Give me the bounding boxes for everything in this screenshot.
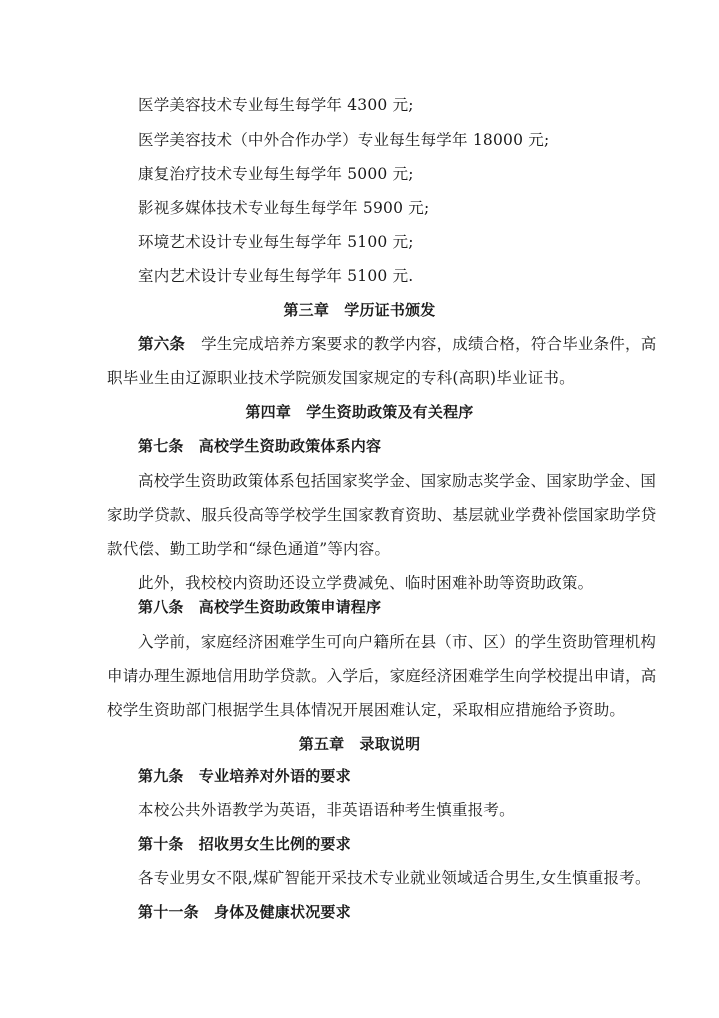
- article-10-text: 各专业男女不限,煤矿智能开采技术专业就业领域适合男生,女生慎重报考。: [138, 868, 651, 888]
- fee-item: 医学美容技术（中外合作办学）专业每生每学年 18000 元;: [138, 130, 549, 150]
- article-6-text: 学生完成培养方案要求的教学内容，成绩合格，符合毕业条件，高: [201, 335, 656, 353]
- article-6-line-1: 第六条学生完成培养方案要求的教学内容，成绩合格，符合毕业条件，高: [138, 334, 656, 354]
- article-6-label: 第六条: [138, 335, 185, 353]
- article-8-para-line: 申请办理生源地信用助学贷款。入学后，家庭经济困难学生向学校提出申请，高: [107, 666, 657, 686]
- article-7-heading: 第七条 高校学生资助政策体系内容: [138, 436, 381, 456]
- article-10-heading: 第十条 招收男女生比例的要求: [138, 834, 351, 854]
- fee-item: 室内艺术设计专业每生每学年 5100 元.: [138, 266, 413, 286]
- article-8-para-line: 入学前，家庭经济困难学生可向户籍所在县（市、区）的学生资助管理机构: [138, 632, 656, 652]
- article-7-para-line: 款代偿、勤工助学和“绿色通道”等内容。: [107, 539, 390, 559]
- article-9-text: 本校公共外语教学为英语，非英语语种考生慎重报考。: [138, 800, 515, 820]
- fee-item: 医学美容技术专业每生每学年 4300 元;: [138, 95, 414, 115]
- chapter-5-title: 第五章 录取说明: [0, 734, 719, 754]
- chapter-4-title: 第四章 学生资助政策及有关程序: [0, 402, 719, 422]
- article-11-heading: 第十一条 身体及健康状况要求: [138, 902, 351, 922]
- article-9-heading: 第九条 专业培养对外语的要求: [138, 766, 351, 786]
- article-8-heading: 第八条 高校学生资助政策申请程序: [138, 597, 381, 617]
- article-8-para-line: 校学生资助部门根据学生具体情况开展困难认定，采取相应措施给予资助。: [107, 700, 625, 720]
- fee-item: 影视多媒体技术专业每生每学年 5900 元;: [138, 198, 429, 218]
- article-7-para-line: 家助学贷款、服兵役高等学校学生国家教育资助、基层就业学费补偿国家助学贷: [107, 505, 657, 525]
- chapter-3-title: 第三章 学历证书颁发: [0, 300, 719, 320]
- fee-item: 环境艺术设计专业每生每学年 5100 元;: [138, 232, 414, 252]
- article-6-line-2: 职毕业生由辽源职业技术学院颁发国家规定的专科(高职)毕业证书。: [107, 368, 575, 388]
- article-7-para-line: 高校学生资助政策体系包括国家奖学金、国家励志奖学金、国家助学金、国: [138, 471, 656, 491]
- article-7-para-2: 此外，我校校内资助还设立学费减免、临时困难补助等资助政策。: [138, 573, 593, 593]
- fee-item: 康复治疗技术专业每生每学年 5000 元;: [138, 164, 414, 184]
